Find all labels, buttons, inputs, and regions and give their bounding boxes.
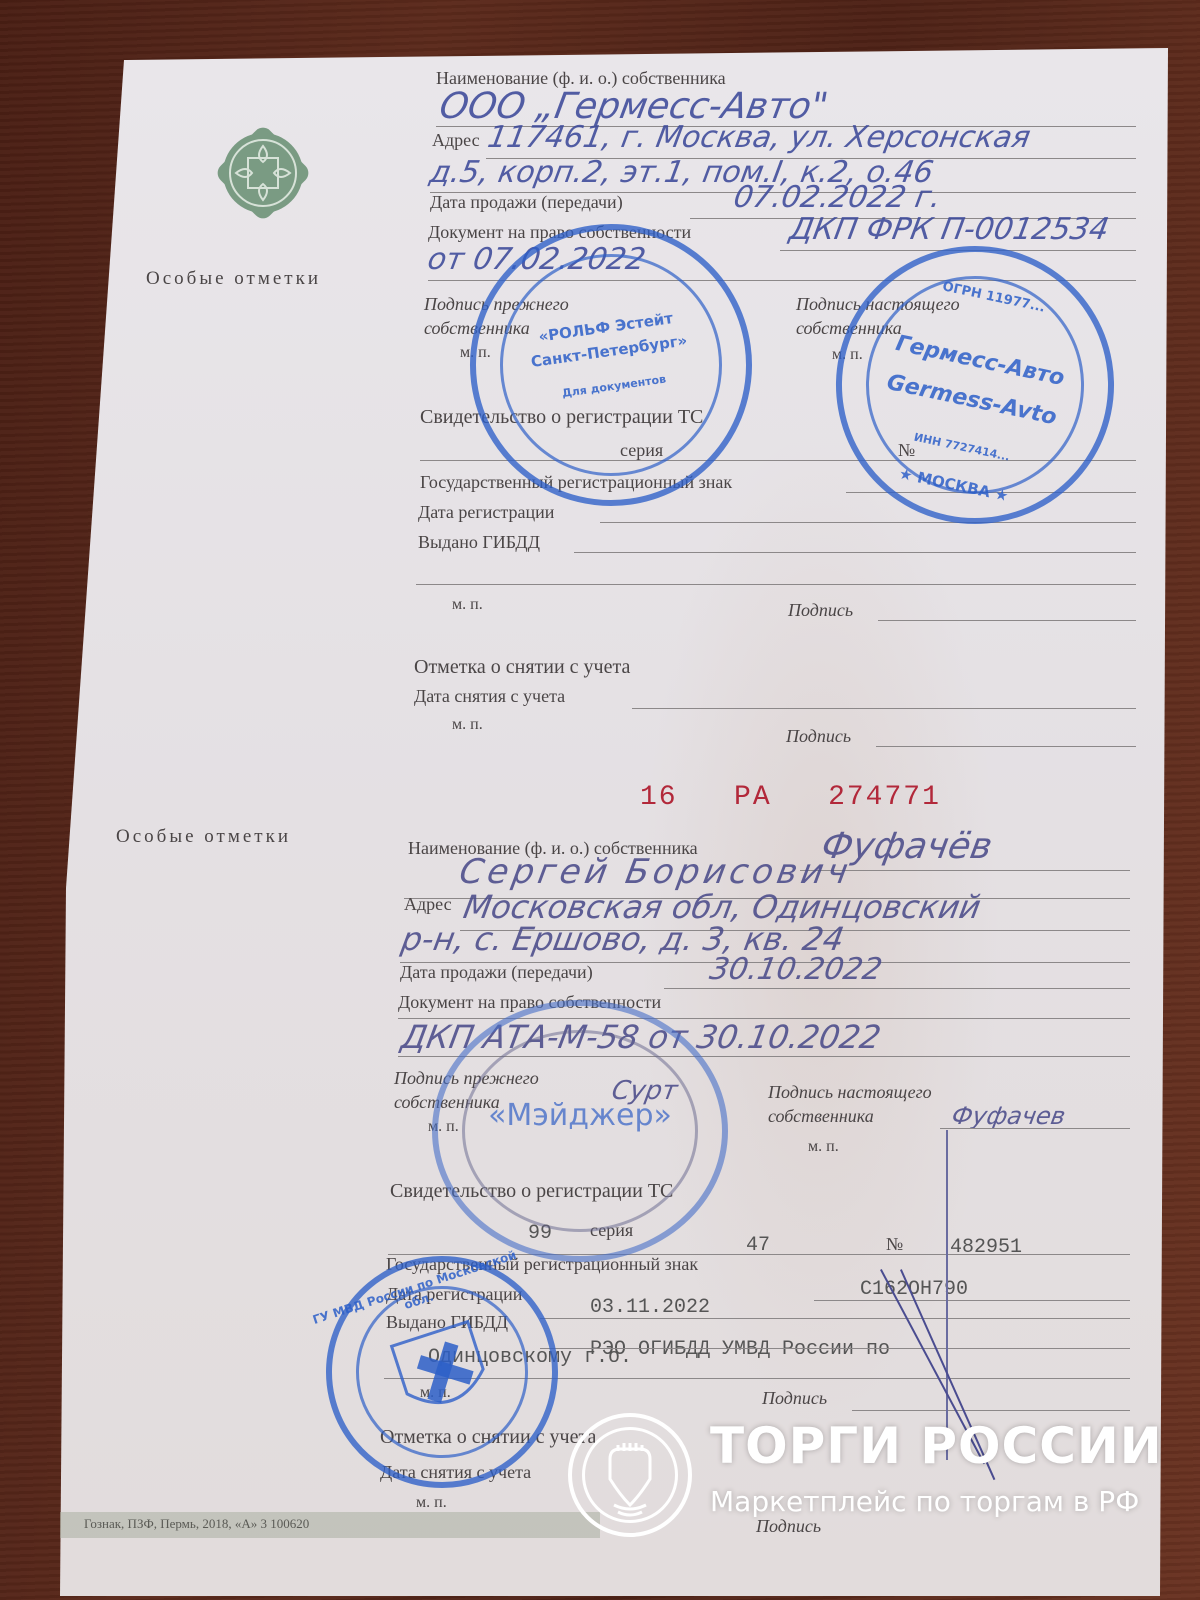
issued-by-label-1: Выдано ГИБДД [418,532,540,553]
sale-date-label-1: Дата продажи (передачи) [430,192,623,213]
major-company-stamp: «Мэйджер» [432,1000,728,1262]
reg-date-value: 03.11.2022 [590,1296,710,1319]
watermark-title: ТОРГИ РОССИИ [710,1417,1163,1475]
reg-number-value: 482951 [950,1236,1022,1259]
signature-label-2: Подпись [762,1388,827,1409]
special-marks-label-bottom: Особые отметки [116,826,291,848]
deregistration-mark-label-1: Отметка о снятии с учета [414,656,630,679]
mp-label-2d: м. п. [416,1494,447,1512]
security-emblem-icon [208,118,318,228]
issued-by-value-a: РЭО ОГИБДД УМВД России по [590,1338,890,1361]
serial-number: 16 PA 274771 [640,782,941,813]
ownership-doc-value-1a: ДКП ФРК П-0012534 [787,212,1112,247]
watermark-subtitle: Маркетплейс по торгам в РФ [710,1485,1139,1518]
curr-owner-signature-label-2: Подпись настоящегособственника [768,1080,932,1128]
curr-owner-signature-2: Фуфачев [950,1102,1068,1130]
address-label-2: Адрес [404,894,452,915]
owner-name-value-2b: Сергей Борисович [456,852,855,892]
reg-date-label-1: Дата регистрации [418,502,554,523]
mp-label-1d: м. п. [452,716,483,734]
sale-date-value-2: 30.10.2022 [707,952,885,987]
special-marks-label-top: Особые отметки [146,268,321,290]
sale-date-label-2: Дата продажи (передачи) [400,962,593,983]
mp-label-1c: м. п. [452,596,483,614]
printer-imprint: Гознак, ПЗФ, Пермь, 2018, «А» 3 100620 [84,1516,309,1532]
sale-date-value-1: 07.02.2022 г. [731,180,944,215]
signature-label-1b: Подпись [786,726,851,747]
deregistration-date-label-1: Дата снятия с учета [414,686,565,707]
eagle-logo-icon [568,1413,692,1537]
number-label-2: № [886,1234,903,1255]
signature-label-1: Подпись [788,600,853,621]
address-value-1a: 117461, г. Москва, ул. Херсонская [485,120,1033,155]
signature-vertical-stroke [946,1130,948,1460]
torgi-rossii-watermark: ТОРГИ РОССИИ Маркетплейс по торгам в РФ [568,1413,1188,1553]
address-label-1: Адрес [432,130,480,151]
mp-label-2b: м. п. [808,1138,839,1156]
